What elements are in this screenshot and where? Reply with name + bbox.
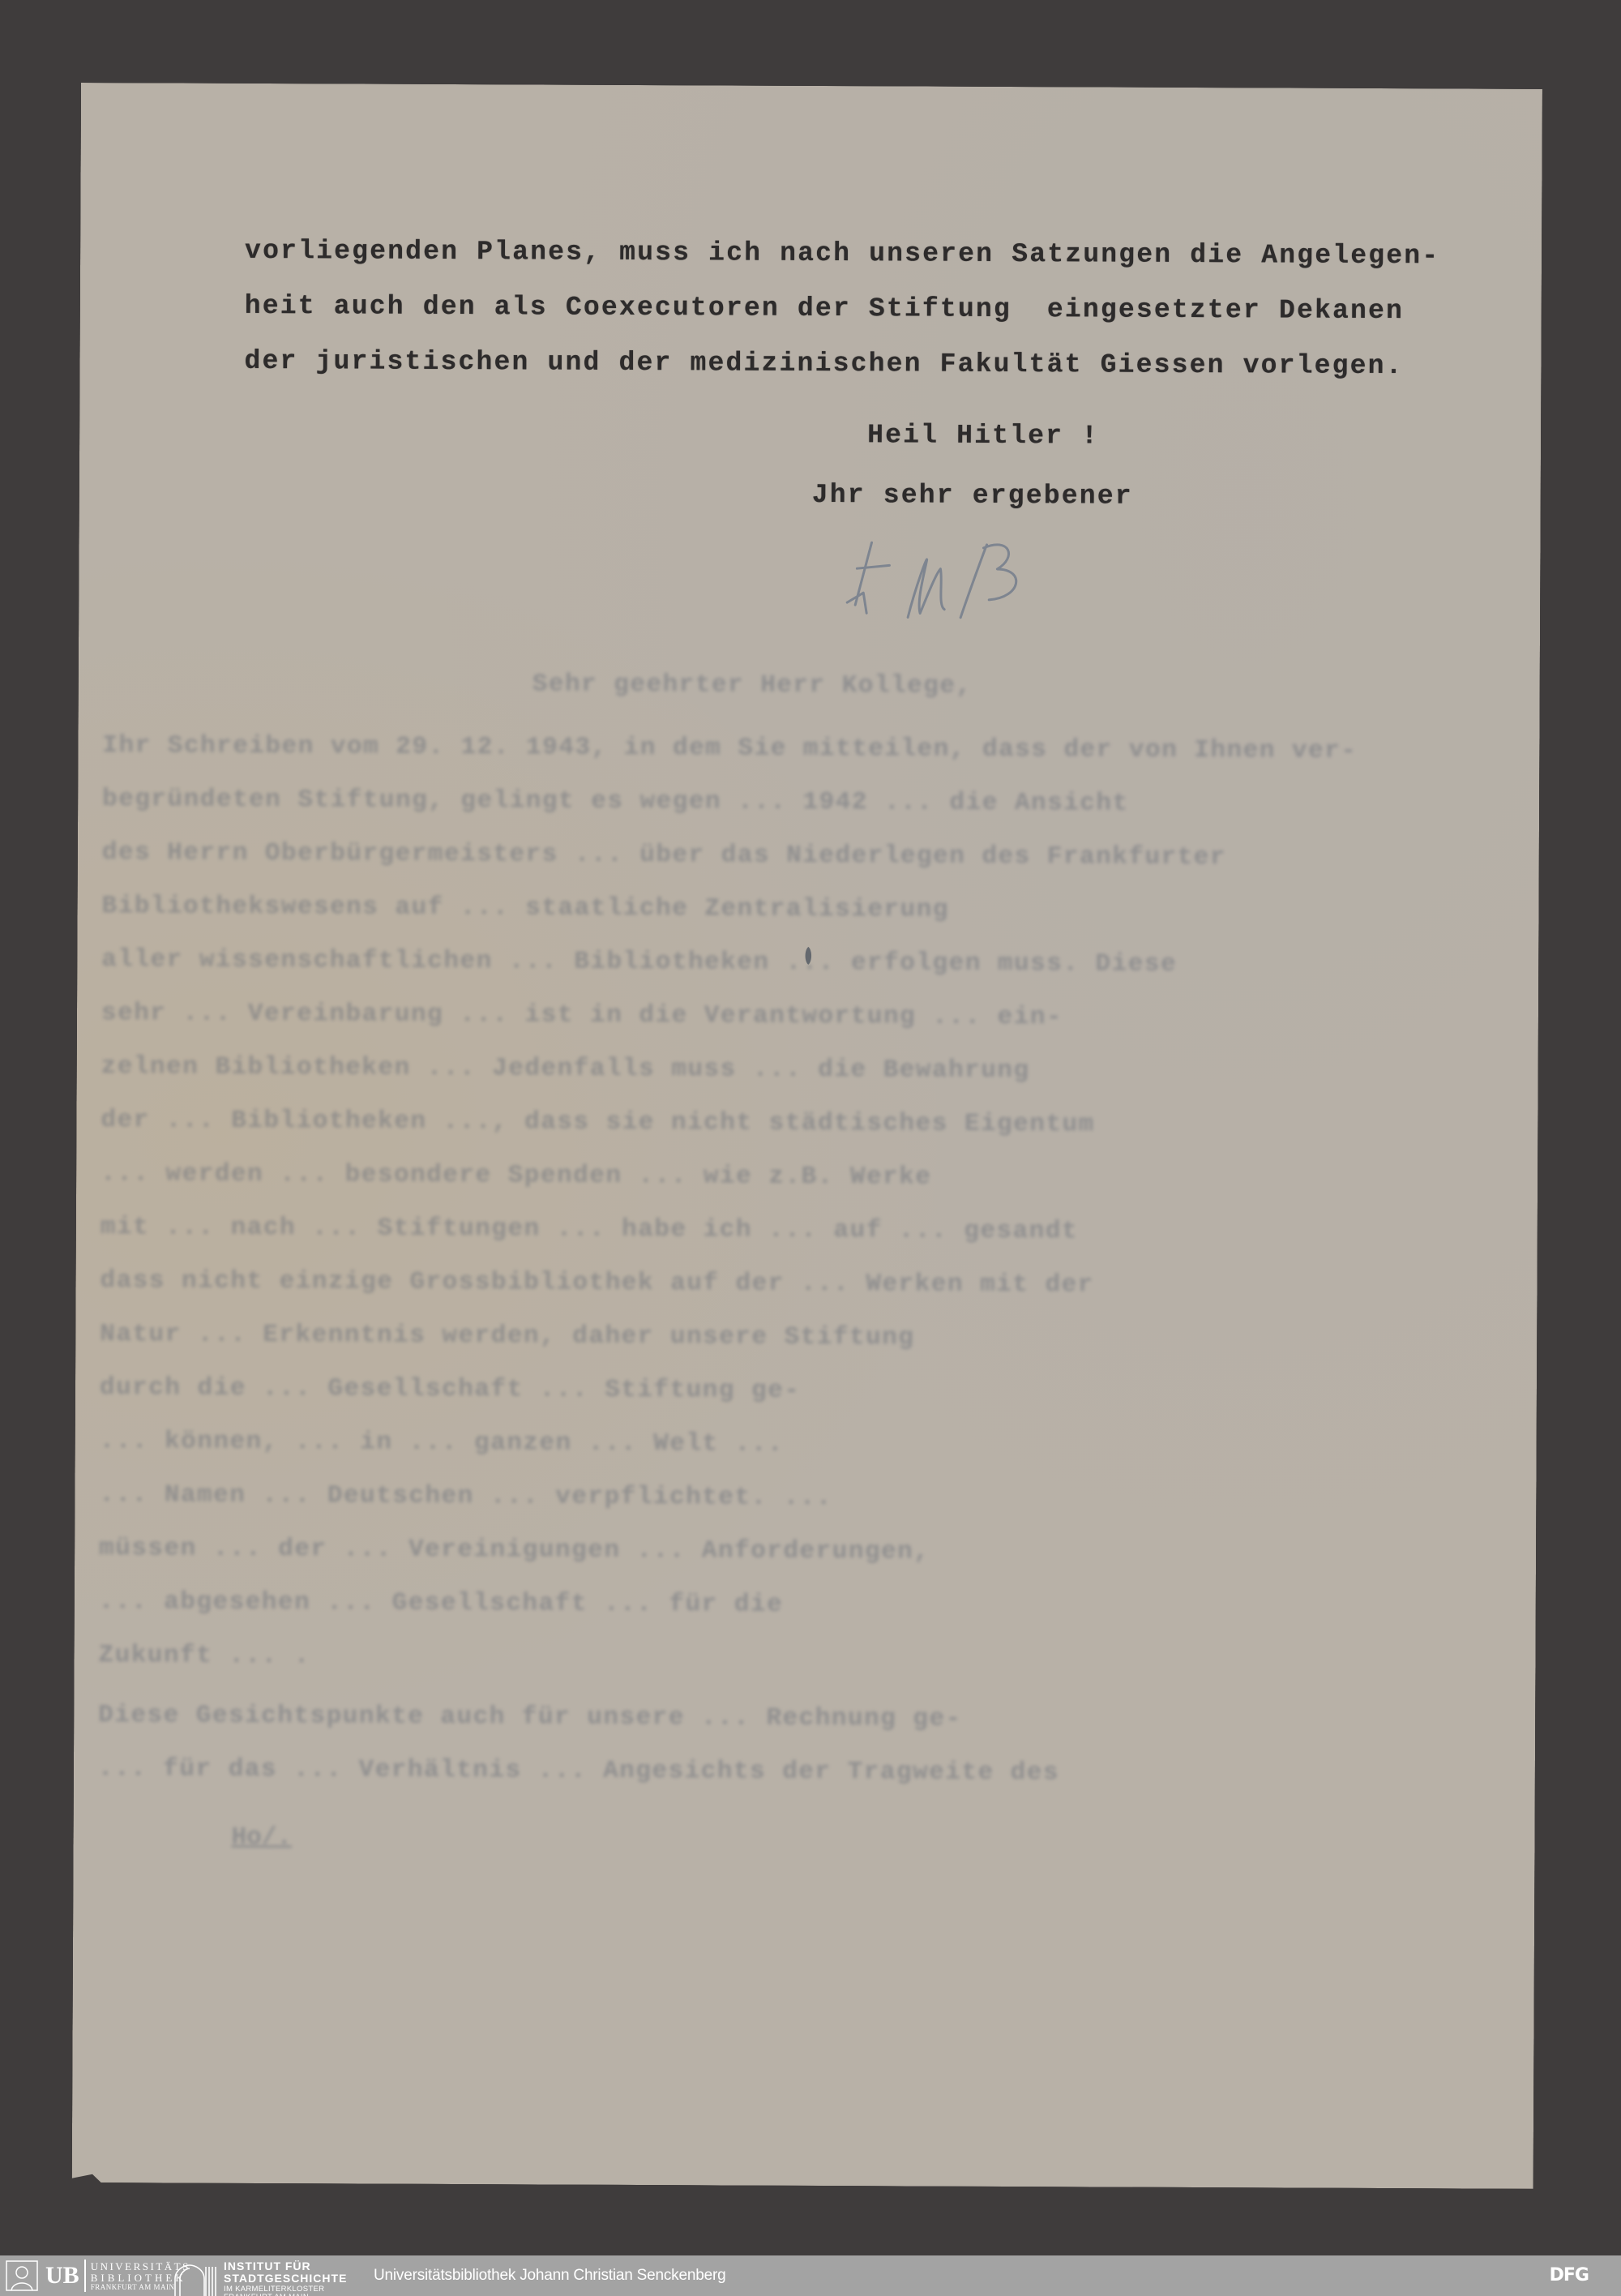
- ub-logo[interactable]: UB UNIVERSITÄTS BIBLIOTHEK FRANKFURT AM …: [3, 2260, 190, 2292]
- show-through-line: ... Namen ... Deutschen ... verpflichtet…: [99, 1480, 832, 1512]
- ub-letters: UB: [45, 2260, 86, 2292]
- body-text-line: heit auch den als Coexecutoren der Stift…: [245, 291, 1404, 326]
- isg-logo-line: STADTGESCHICHTE: [224, 2272, 347, 2284]
- isg-logo-line: FRANKFURT AM MAIN: [224, 2294, 347, 2296]
- show-through-line: des Herrn Oberbürgermeisters ... über da…: [102, 838, 1226, 872]
- show-through-line: ... werden ... besondere Spenden ... wie…: [101, 1159, 931, 1191]
- show-through-line: sehr ... Vereinbarung ... ist in die Ver…: [101, 999, 1063, 1031]
- show-through-text: Sehr geehrter Herr Kollege, Ihr Schreibe…: [72, 83, 1542, 2189]
- document-page: Sehr geehrter Herr Kollege, Ihr Schreibe…: [72, 83, 1542, 2189]
- show-through-initials: Ho/.: [231, 1823, 292, 1852]
- isg-logo[interactable]: INSTITUT FÜR STADTGESCHICHTE IM KARMELIT…: [173, 2260, 347, 2296]
- signature-icon: [839, 536, 1050, 626]
- dfg-logo[interactable]: DFG: [1550, 2265, 1589, 2285]
- show-through-line: Zukunft ... .: [98, 1641, 310, 1670]
- show-through-line: zelnen Bibliotheken ... Jedenfalls muss …: [101, 1052, 1030, 1085]
- footer-bar: UB UNIVERSITÄTS BIBLIOTHEK FRANKFURT AM …: [0, 2255, 1621, 2296]
- ink-mark-icon: [802, 945, 814, 966]
- goethe-portrait-icon: [3, 2260, 41, 2292]
- show-through-line: ... abgesehen ... Gesellschaft ... für d…: [99, 1587, 783, 1619]
- show-through-line: ... für das ... Verhältnis ... Angesicht…: [98, 1754, 1059, 1787]
- show-through-line: Natur ... Erkenntnis werden, daher unser…: [100, 1320, 914, 1351]
- show-through-line: aller wissenschaftlichen ... Bibliotheke…: [101, 945, 1177, 979]
- church-arch-icon: [173, 2264, 217, 2296]
- show-through-line: ... können, ... in ... ganzen ... Welt .…: [100, 1427, 784, 1459]
- show-through-line: Ihr Schreiben vom 29. 12. 1943, in dem S…: [102, 731, 1357, 765]
- show-through-line: müssen ... der ... Vereinigungen ... Anf…: [99, 1534, 930, 1566]
- body-text-line: der juristischen und der medizinischen F…: [244, 346, 1403, 381]
- isg-logo-text: INSTITUT FÜR STADTGESCHICHTE IM KARMELIT…: [224, 2260, 347, 2296]
- show-through-line: Bibliothekswesens auf ... staatliche Zen…: [101, 892, 949, 924]
- show-through-line: Diese Gesichtspunkte auch für unsere ...…: [98, 1701, 962, 1733]
- isg-logo-line: INSTITUT FÜR: [224, 2260, 347, 2272]
- closing-valediction: Jhr sehr ergebener: [812, 480, 1133, 512]
- body-text-line: vorliegenden Planes, muss ich nach unser…: [245, 236, 1439, 271]
- show-through-line: begründeten Stiftung, gelingt es wegen .…: [102, 785, 1129, 818]
- show-through-heading: Sehr geehrter Herr Kollege,: [532, 670, 973, 700]
- show-through-line: dass nicht einzige Grossbibliothek auf d…: [100, 1266, 1093, 1299]
- library-name: Universitätsbibliothek Johann Christian …: [374, 2267, 725, 2285]
- show-through-line: der ... Bibliotheken ..., dass sie nicht…: [101, 1106, 1094, 1138]
- show-through-line: mit ... nach ... Stiftungen ... habe ich…: [101, 1213, 1078, 1245]
- show-through-line: durch die ... Gesellschaft ... Stiftung …: [100, 1373, 801, 1405]
- closing-salutation: Heil Hitler !: [867, 420, 1099, 451]
